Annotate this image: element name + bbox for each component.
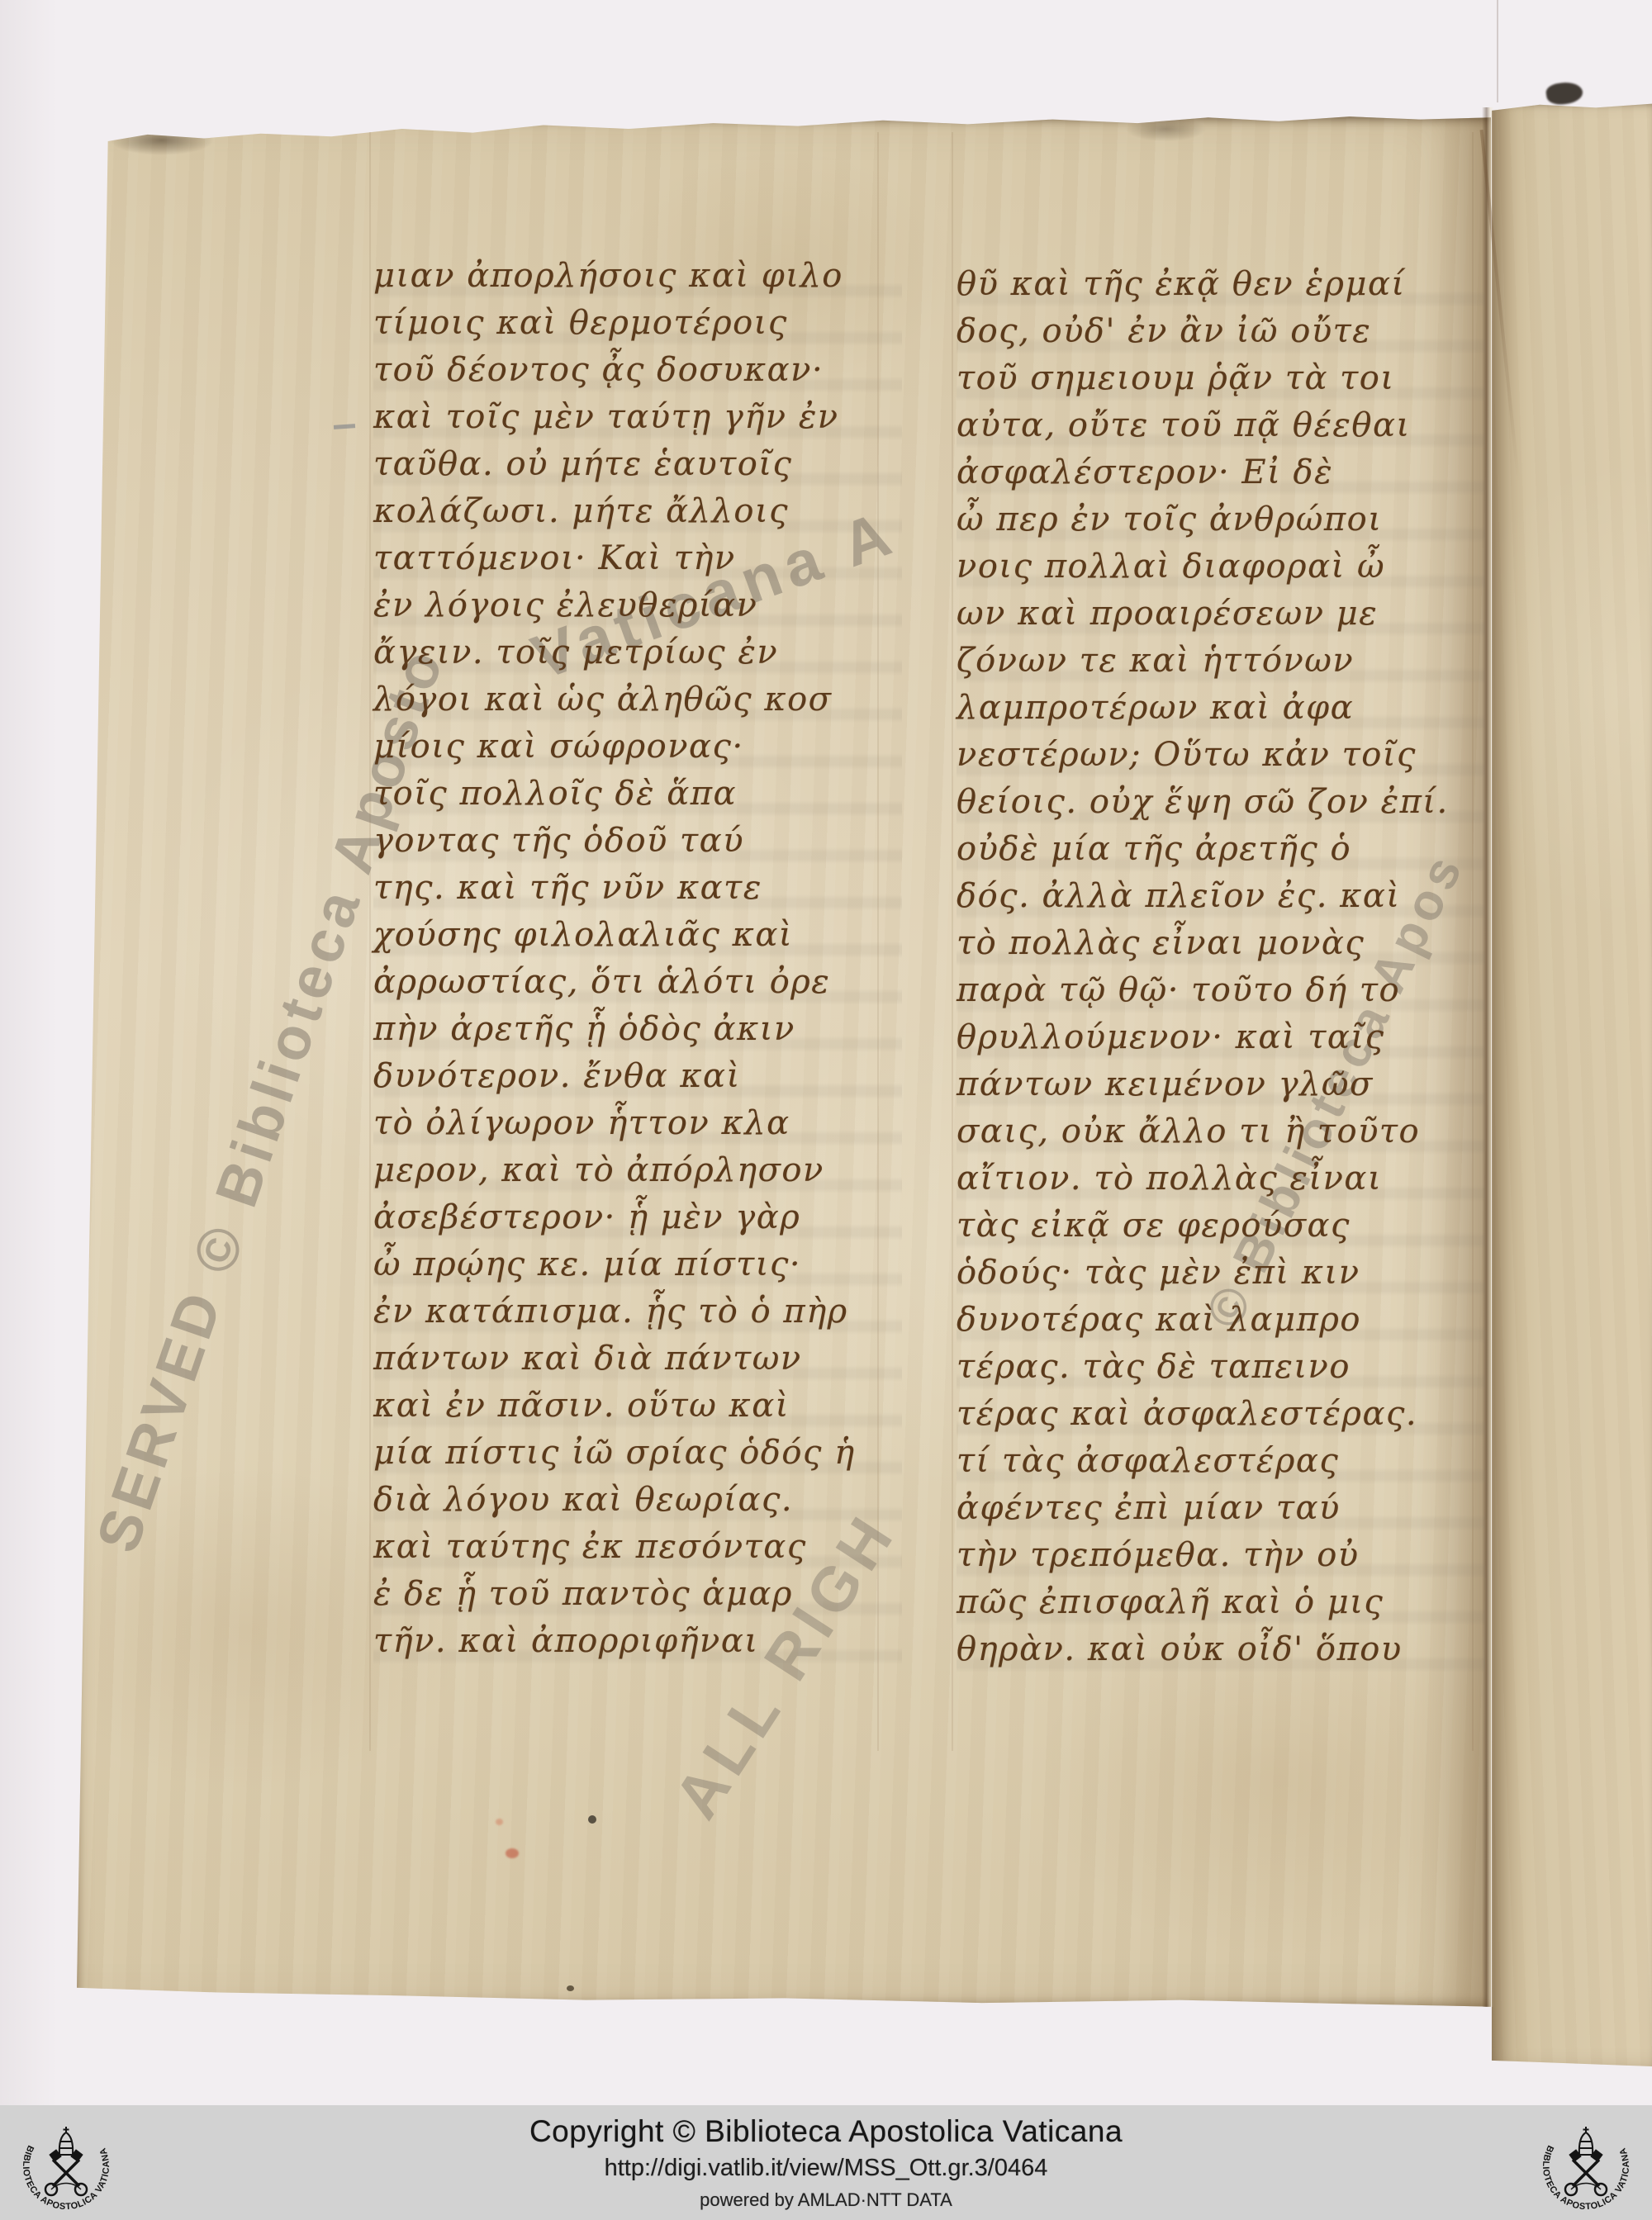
footer-bar: Copyright © Biblioteca Apostolica Vatica… [0,2105,1652,2220]
manuscript-line: ταῦθα. οὐ μήτε ἑαυτοῖς [373,441,902,488]
manuscript-line: δός. ἀλλὰ πλεῖον ἐς. καὶ [957,873,1485,920]
manuscript-line: θείοις. οὐχ ἕψη σῶ ζον ἐπί. [957,779,1485,826]
manuscript-line: καὶ ταύτης ἐκ πεσόντας [373,1524,902,1571]
manuscript-line: τοῖς πολλοῖς δὲ ἅπα [373,771,902,818]
manuscript-line: τίμοις καὶ θερμοτέροις [373,300,902,347]
manuscript-line: διὰ λόγου καὶ θεωρίας. [373,1477,902,1524]
manuscript-line: ων καὶ προαιρέσεων με [957,591,1485,638]
manuscript-line: μιαν ἀπορλήσοις καὶ φιλο [373,253,902,300]
manuscript-line: αὐτα, οὔτε τοῦ πᾷ θέεθαι [957,402,1485,449]
seal-ring-text: BIBLIOTECA APOSTOLICA VATICANA [1540,2144,1631,2213]
manuscript-line: πάντων καὶ διὰ πάντων [373,1335,902,1383]
crossed-keys-icon [45,2150,87,2195]
manuscript-line: θῦ καὶ τῆς ἐκᾷ θεν ἑρμαί [957,261,1485,308]
manuscript-line: μία πίστις ἰῶ σρίας ὁδός ἡ [373,1430,902,1477]
vatican-seal-icon: BIBLIOTECA APOSTOLICA VATICANA [1535,2107,1637,2219]
seal-ring-text: BIBLIOTECA APOSTOLICA VATICANA [21,2144,112,2213]
crossed-keys-icon [1565,2150,1607,2195]
manuscript-line: τέρας. τὰς δὲ ταπεινο [957,1344,1485,1391]
text-column-1: μιαν ἀπορλήσοις καὶ φιλοτίμοις καὶ θερμο… [373,253,902,1665]
text-column-2: θῦ καὶ τῆς ἐκᾷ θεν ἑρμαίδος, οὐδ' ἐν ἂν … [957,261,1485,1673]
ink-speck [588,1815,596,1824]
manuscript-line: μίοις καὶ σώφρονας· [373,723,902,771]
manuscript-line: νεστέρων; Οὕτω κἀν τοῖς [957,732,1485,779]
manuscript-line: καὶ τοῖς μὲν ταύτῃ γῆν ἐν [373,394,902,441]
manuscript-line: χούσης φιλολαλιᾶς καὶ [373,912,902,959]
ink-stain [1545,80,1583,107]
manuscript-line: πῶς ἐπισφαλῆ καὶ ὁ μις [957,1579,1485,1626]
manuscript-line: καὶ ἐν πᾶσιν. οὕτω καὶ [373,1383,902,1430]
papal-tiara-icon [59,2127,73,2155]
manuscript-line: ὁδούς· τὰς μὲν ἐπὶ κιν [957,1250,1485,1297]
manuscript-line: ζόνων τε καὶ ἡττόνων [957,638,1485,685]
manuscript-line: αἴτιον. τὸ πολλὰς εἶναι [957,1155,1485,1202]
manuscript-line: τὸ πολλὰς εἶναι μονὰς [957,920,1485,967]
manuscript-line: τὴν τρεπόμεθα. τὴν οὐ [957,1532,1485,1579]
manuscript-line: λαμπροτέρων καὶ ἀφα [957,685,1485,732]
manuscript-line: τῆν. καὶ ἀπορριφῆναι [373,1618,902,1665]
digitized-manuscript-photo: { "photo": { "background_color": "#f2eef… [0,0,1652,2220]
manuscript-line: ταττόμενοι· Καὶ τὴν [373,535,902,582]
manuscript-line: τί τὰς ἀσφαλεστέρας [957,1438,1485,1485]
manuscript-line: πὴν ἀρετῆς ᾗ ὁδὸς ἀκιν [373,1006,902,1053]
manuscript-line: τοῦ δέοντος ᾆς δοσυκαν· [373,347,902,394]
source-url: http://digi.vatlib.it/view/MSS_Ott.gr.3/… [0,2155,1652,2182]
manuscript-line: παρὰ τῷ θῷ· τοῦτο δή το [957,967,1485,1014]
manuscript-line: της. καὶ τῆς νῦν κατε [373,865,902,912]
svg-text:BIBLIOTECA APOSTOLICA VATICANA: BIBLIOTECA APOSTOLICA VATICANA [1540,2144,1631,2213]
manuscript-line: τέρας καὶ ἀσφαλεστέρας. [957,1391,1485,1438]
manuscript-line: δυνοτέρας καὶ λαμπρο [957,1297,1485,1344]
manuscript-line: τὸ ὀλίγωρον ἧττον κλα [373,1100,902,1147]
svg-text:BIBLIOTECA APOSTOLICA VATICANA: BIBLIOTECA APOSTOLICA VATICANA [21,2144,112,2213]
red-ink-speck [496,1819,503,1825]
manuscript-line: ἐ δε ᾗ τοῦ παντὸς ἁμαρ [373,1571,902,1618]
manuscript-line: κολάζωσι. μήτε ἄλλοις [373,488,902,535]
manuscript-line: σαις, οὐκ ἄλλο τι ἢ τοῦτο [957,1108,1485,1155]
vatican-seal-icon: BIBLIOTECA APOSTOLICA VATICANA [15,2107,117,2219]
manuscript-line: γοντας τῆς ὁδοῦ ταύ [373,818,902,865]
column-ruling-line [369,132,371,1751]
manuscript-line: ἐν λόγοις ἐλευθερίαν [373,582,902,629]
manuscript-line: δος, οὐδ' ἐν ἂν ἰῶ οὔτε [957,308,1485,355]
manuscript-line: οὐδὲ μία τῆς ἀρετῆς ὁ [957,826,1485,873]
papal-tiara-icon [1579,2127,1593,2155]
manuscript-line: τοῦ σημειουμ ῥᾷν τὰ τοι [957,355,1485,402]
manuscript-line: ἀσεβέστερον· ᾗ μὲν γὰρ [373,1194,902,1241]
ink-speck [567,1985,574,1991]
red-ink-speck [506,1848,519,1858]
manuscript-line: λόγοι καὶ ὡς ἀληθῶς κοσ [373,676,902,723]
manuscript-line: ἀρρωστίας, ὅτι ἁλότι ὀρε [373,959,902,1006]
copyright-text: Copyright © Biblioteca Apostolica Vatica… [0,2114,1652,2149]
manuscript-line: θηρὰν. καὶ οὐκ οἶδ' ὅπου [957,1626,1485,1673]
backdrop-seam [1497,0,1498,102]
column-ruling-line [952,132,953,1751]
manuscript-line: νοις πολλαὶ διαφοραὶ ὦ [957,543,1485,591]
manuscript-line: πάντων κειμένον γλῶσ [957,1061,1485,1108]
manuscript-line: θρυλλούμενον· καὶ ταῖς [957,1014,1485,1061]
manuscript-line: ἀφέντες ἐπὶ μίαν ταύ [957,1485,1485,1532]
facing-page-edge [1492,101,1652,2066]
manuscript-line: μερον, καὶ τὸ ἀπόρλησον [373,1147,902,1194]
manuscript-line: ἐν κατάπισμα. ᾗς τὸ ὁ πὴρ [373,1288,902,1335]
manuscript-line: ὦ πρῴης κε. μία πίστις· [373,1241,902,1288]
manuscript-line: ἀσφαλέστερον· Εἰ δὲ [957,449,1485,496]
powered-by-text: powered by AMLAD·NTT DATA [0,2189,1652,2211]
manuscript-line: ἄγειν. τοῖς μετρίως ἐν [373,629,902,676]
manuscript-line: τὰς εἰκᾷ σε φερούσας [957,1202,1485,1250]
manuscript-line: δυνότερον. ἔνθα καὶ [373,1053,902,1100]
manuscript-line: ὦ περ ἐν τοῖς ἀνθρώποι [957,496,1485,543]
